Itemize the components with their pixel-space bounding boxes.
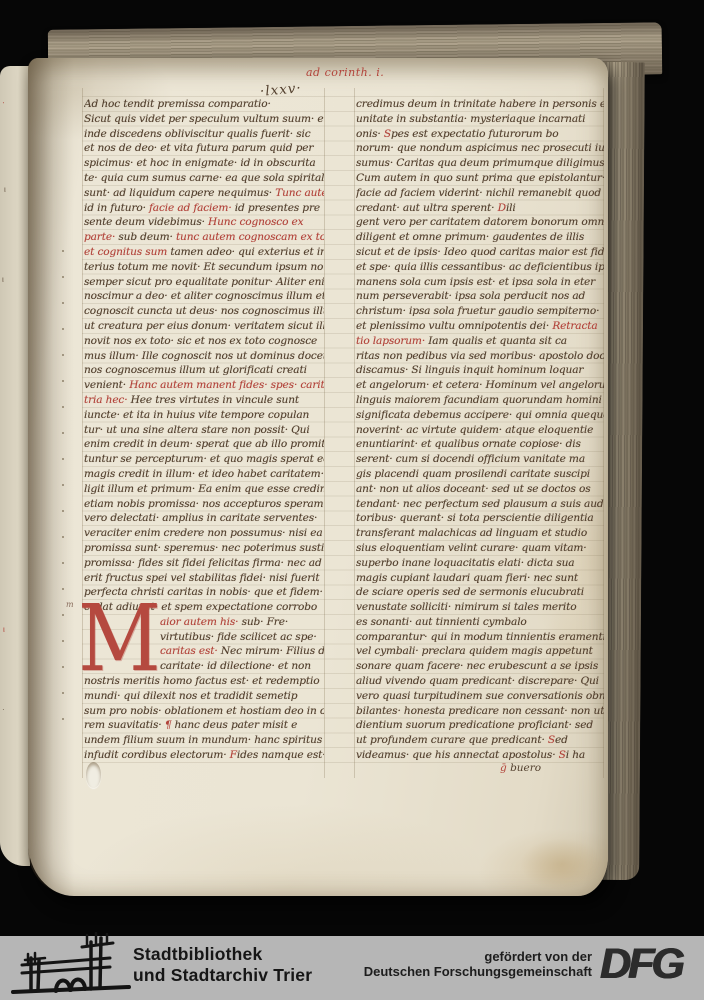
text-line: magis cupiant laudari quam fieri· nec su…	[356, 571, 604, 586]
text-line: bilantes· honesta predicare non cessant·…	[356, 704, 604, 719]
ink-text: promissa· fides sit fidei felicitas firm…	[84, 557, 322, 569]
text-line: noscimur a deo· et aliter cognoscimus il…	[84, 289, 324, 304]
ink-text: facie ad faciem viderint· nichil remaneb…	[356, 187, 601, 199]
ink-text: rem suavitatis·	[84, 719, 165, 731]
text-line: vero delectati· amplius in caritate serv…	[84, 511, 324, 526]
ink-text: hanc deus pater misit e	[175, 719, 298, 731]
ink-text: id in futuro·	[84, 202, 149, 214]
ink-text: sumus· Caritas qua deum primumque diligi…	[356, 157, 604, 169]
ink-text: sum pro nobis· oblationem et hostiam deo…	[84, 705, 324, 717]
text-line: et spe· quia illis cessantibus· ac defic…	[356, 260, 604, 275]
ink-text: noverint· ac virtute quidem· atque eloqu…	[356, 424, 593, 436]
text-line: gis placendi quam prosilendi caritate su…	[356, 467, 604, 482]
text-line: sunt· ad liquidum capere nequimus· Tunc …	[84, 186, 324, 201]
ink-text: manens sola cum ipsis est· et ipsa sola …	[356, 276, 595, 288]
ink-text: es sonanti· aut tinnienti cymbalo	[356, 616, 527, 628]
rubric-text: aior autem his·	[160, 616, 242, 628]
ink-text: significata debemus accipere· qui omnia …	[356, 409, 604, 421]
funding-line1: gefördert von der	[364, 949, 592, 964]
text-line: credant· aut ultra sperent· Dili	[356, 201, 604, 216]
ink-text: Iam qualis et quanta sit ca	[428, 335, 567, 347]
ink-text: sicut et de ipsis· Ideo quod caritas mai…	[356, 246, 604, 258]
text-line: diligent et omne primum· gaudentes de il…	[356, 230, 604, 245]
ink-text: superbo inane loquacitatis elati· dicta …	[356, 557, 574, 569]
text-line: id in futuro· facie ad faciem· id presen…	[84, 201, 324, 216]
text-line: videamus· que his annectat apostolus· Si…	[356, 748, 604, 763]
text-line: mus illum· Ille cognoscit nos ut dominus…	[84, 349, 324, 364]
ink-text: ut profundem curare que predicant·	[356, 734, 548, 746]
ink-text: unitate in substantia· mysteriaque incar…	[356, 113, 585, 125]
text-line: promissa· fides sit fidei felicitas firm…	[84, 556, 324, 571]
text-line: noverint· ac virtute quidem· atque eloqu…	[356, 423, 604, 438]
funding-line2: Deutschen Forschungsgemeinschaft	[364, 964, 592, 979]
text-line: magis credit in illum· et ideo habet car…	[84, 467, 324, 482]
text-line: spicimus· et hoc in enigmate· id in obsc…	[84, 156, 324, 171]
ink-text: sub· Fre·	[242, 616, 288, 628]
ink-text: venient·	[84, 379, 129, 391]
ink-text: cognoscit cuncta ut deus· nos cognoscimu…	[84, 305, 324, 317]
ink-text: etiam nobis promissa· nos accepturos spe…	[84, 498, 324, 510]
text-line: tendant· nec perfectum sed plausum a sui…	[356, 497, 604, 512]
text-line: norum· que nondum aspicimus nec prosecut…	[356, 141, 604, 156]
ink-text: magis credit in illum· et ideo habet car…	[84, 468, 324, 480]
ink-text: tendant· nec perfectum sed plausum a sui…	[356, 498, 604, 510]
text-line: novit nos ex toto· sic et nos ex toto co…	[84, 334, 324, 349]
text-line: onis· Spes est expectatio futurorum bo	[356, 127, 604, 142]
ink-text: ant· non ut alios doceant· sed ut se doc…	[356, 483, 591, 495]
ink-text: iuncte· et ita in huius vite tempore cop…	[84, 409, 309, 421]
text-line: enuntiarint· et qualibus ornate copiose·…	[356, 437, 604, 452]
ink-text: vel cymbali· preclara quidem magis appet…	[356, 645, 593, 657]
ink-text: et plenissimo vultu omnipotentis dei·	[356, 320, 552, 332]
screenshot-root: { "colors": { "background": "#060606", "…	[0, 0, 704, 1000]
text-line: linguis maiorem facundiam quorundam homi…	[356, 393, 604, 408]
parchment-stain	[520, 838, 604, 890]
ink-text: Nec mirum· Filius dei	[221, 645, 324, 657]
catchword-text: buero	[510, 762, 541, 774]
text-line: num perseverabit· ipsa sola perducit nos…	[356, 289, 604, 304]
ink-text: comparantur· qui in modum tinnientis era…	[356, 631, 604, 643]
show-through-mark: ι	[2, 276, 4, 284]
ink-text: aliud vivendo quam predicant· discrepare…	[356, 675, 599, 687]
text-line: superbo inane loquacitatis elati· dicta …	[356, 556, 604, 571]
text-line: transferant malachicas ad linguam et stu…	[356, 526, 604, 541]
ink-text: id presentes pre	[235, 202, 320, 214]
ink-text: christum· ipsa sola fruetur gaudio sempi…	[356, 305, 599, 317]
text-line: tur· ut una sine altera stare non possit…	[84, 423, 324, 438]
rubric-text: Retracta	[552, 320, 597, 332]
rubric-text: S	[548, 734, 555, 746]
text-line: gent vero per caritatem datorem bonorum …	[356, 215, 604, 230]
text-line: toribus· querant· si tota perscientie di…	[356, 511, 604, 526]
ink-text: sunt· ad liquidum capere nequimus·	[84, 187, 275, 199]
text-line: et angelorum· et cetera· Hominum vel ang…	[356, 378, 604, 393]
rubric-text: D	[498, 202, 506, 214]
text-line: nos cognoscemus illum ut glorificati cre…	[84, 363, 324, 378]
prick-marks	[62, 250, 64, 720]
ink-text: vero quasi turpitudinem sue conversation…	[356, 690, 604, 702]
rubric-text: tio lapsorum·	[356, 335, 428, 347]
ink-text: promissa sunt· speremus· nec poterimus s…	[84, 542, 324, 554]
library-name-line2: und Stadtarchiv Trier	[133, 965, 312, 986]
ink-text: ritas non pedibus via sed moribus· apost…	[356, 350, 604, 362]
ink-text: toribus· querant· si tota perscientie di…	[356, 512, 594, 524]
rubric-text: parte·	[84, 231, 118, 243]
text-column-right: credimus deum in trinitate habere in per…	[356, 97, 604, 763]
ink-text: transferant malachicas ad linguam et stu…	[356, 527, 587, 539]
text-line: ut creatura per eius donum· veritatem si…	[84, 319, 324, 334]
text-line: Cum autem in quo sunt prima que epistola…	[356, 171, 604, 186]
text-line: sente deum videbimus· Hunc cognosco ex	[84, 215, 324, 230]
text-line: christum· ipsa sola fruetur gaudio sempi…	[356, 304, 604, 319]
ink-text: enuntiarint· et qualibus ornate copiose·…	[356, 438, 581, 450]
text-line: tio lapsorum· Iam qualis et quanta sit c…	[356, 334, 604, 349]
text-line: etiam nobis promissa· nos accepturos spe…	[84, 497, 324, 512]
text-line: ut profundem curare que predicant· Sed	[356, 733, 604, 748]
text-line: sum pro nobis· oblationem et hostiam deo…	[84, 704, 324, 719]
ink-text: credant· aut ultra sperent·	[356, 202, 498, 214]
facing-page-edge: ᾿ ι ι ι ·	[0, 66, 30, 866]
text-line: rem suavitatis· ¶ hanc deus pater misit …	[84, 718, 324, 733]
ink-text: inde discedens obliviscitur qualis fueri…	[84, 128, 311, 140]
ink-text: tuntur se percepturum· et quo magis sper…	[84, 453, 324, 465]
text-line: serent· cum si docendi officium vanitate…	[356, 452, 604, 467]
rubric-text: ¶	[165, 719, 175, 731]
ink-text: mus illum· Ille cognoscit nos ut dominus…	[84, 350, 324, 362]
text-line: sicut et de ipsis· Ideo quod caritas mai…	[356, 245, 604, 260]
show-through-mark: ι	[3, 626, 5, 634]
ink-text: tur· ut una sine altera stare non possit…	[84, 424, 310, 436]
column-rule	[354, 88, 355, 778]
ink-text: et nos de deo· et vita futura parum quid…	[84, 142, 313, 154]
ink-text: novit nos ex toto· sic et nos ex toto co…	[84, 335, 317, 347]
text-line: venient· Hanc autem manent fides· spes· …	[84, 378, 324, 393]
ink-text: te· quia cum sumus carne· ea que sola sp…	[84, 172, 324, 184]
ink-text: tamen adeo· qui exterius et in	[170, 246, 324, 258]
text-line: aliud vivendo quam predicant· discrepare…	[356, 674, 604, 689]
rubric-text: Hunc cognosco ex	[208, 216, 303, 228]
funding-credit: gefördert von der Deutschen Forschungsge…	[364, 949, 592, 979]
ink-text: caritate· id dilectione· et non	[160, 660, 311, 672]
ink-text: sub deum·	[118, 231, 176, 243]
text-line: tuntur se percepturum· et quo magis sper…	[84, 452, 324, 467]
text-line: sonare quam facere· nec erubescunt a se …	[356, 659, 604, 674]
dfg-logo: DFG	[600, 940, 682, 989]
text-line: comparantur· qui in modum tinnientis era…	[356, 630, 604, 645]
ink-text: noscimur a deo· et aliter cognoscimus il…	[84, 290, 324, 302]
text-line: veraciter enim credere non possumus· nis…	[84, 526, 324, 541]
ink-text: sius eloquentiam velint curare· quam vit…	[356, 542, 586, 554]
ink-text: ides namque est· qua	[237, 749, 324, 761]
text-line: erit fructus spei vel stabilitas fidei· …	[84, 571, 324, 586]
library-name-line1: Stadtbibliothek	[133, 944, 312, 965]
rubric-text: S	[384, 128, 391, 140]
ink-text: spicimus· et hoc in enigmate· id in obsc…	[84, 157, 316, 169]
text-line: promissa sunt· speremus· nec poterimus s…	[84, 541, 324, 556]
show-through-mark: ι	[4, 186, 6, 194]
rubric-text: F	[230, 749, 237, 761]
rubric-text: Tunc autem	[275, 187, 324, 199]
catchword-mark: ḡ	[500, 762, 507, 774]
text-line: unitate in substantia· mysteriaque incar…	[356, 112, 604, 127]
ink-text: linguis maiorem facundiam quorundam homi…	[356, 394, 602, 406]
text-line: facie ad faciem viderint· nichil remaneb…	[356, 186, 604, 201]
text-line: Ad hoc tendit premissa comparatio·	[84, 97, 324, 112]
ink-text: sente deum videbimus·	[84, 216, 208, 228]
ink-text: infudit cordibus electorum·	[84, 749, 230, 761]
text-line: credimus deum in trinitate habere in per…	[356, 97, 604, 112]
text-line: sius eloquentiam velint curare· quam vit…	[356, 541, 604, 556]
ink-text: de sciare operis sed de sermonis elucubr…	[356, 586, 584, 598]
ink-text: dientium suorum predicatione proficiant·…	[356, 719, 593, 731]
rubric-text: tria hec·	[84, 394, 131, 406]
ink-text: semper sicut pro equalitate ponitur· Ali…	[84, 276, 324, 288]
ink-text: et spe· quia illis cessantibus· ac defic…	[356, 261, 604, 273]
text-line: discamus· Si linguis inquit hominum loqu…	[356, 363, 604, 378]
ink-text: terius totum me novit· Et secundum ipsum…	[84, 261, 324, 273]
text-line: cognoscit cuncta ut deus· nos cognoscimu…	[84, 304, 324, 319]
text-line: te· quia cum sumus carne· ea que sola sp…	[84, 171, 324, 186]
ink-text: ed	[555, 734, 568, 746]
gutter-shadow	[28, 58, 74, 896]
column-rule	[324, 88, 325, 778]
ink-text: serent· cum si docendi officium vanitate…	[356, 453, 585, 465]
ink-text: Sicut quis videt per speculum vultum suu…	[84, 113, 324, 125]
ink-text: ili	[506, 202, 516, 214]
ink-text: bilantes· honesta predicare non cessant·…	[356, 705, 604, 717]
rubric-text: Hanc autem manent fides· spes· caritas·	[129, 379, 324, 391]
ink-text: i ha	[566, 749, 585, 761]
ink-text: Ad hoc tendit premissa comparatio·	[84, 98, 271, 110]
ink-text: Cum autem in quo sunt prima que epistola…	[356, 172, 604, 184]
text-line: ritas non pedibus via sed moribus· apost…	[356, 349, 604, 364]
text-line: terius totum me novit· Et secundum ipsum…	[84, 260, 324, 275]
catchword: ḡ buero	[500, 762, 541, 774]
ink-text: norum· que nondum aspicimus nec prosecut…	[356, 142, 604, 154]
rubric-text: S	[559, 749, 566, 761]
ink-text: sonare quam facere· nec erubescunt a se …	[356, 660, 598, 672]
text-line: Sicut quis videt per speculum vultum suu…	[84, 112, 324, 127]
text-line: semper sicut pro equalitate ponitur· Ali…	[84, 275, 324, 290]
text-line: et plenissimo vultu omnipotentis dei· Re…	[356, 319, 604, 334]
rubric-text: et cognitus sum	[84, 246, 170, 258]
ink-text: enim credit in deum· sperat que ab illo …	[84, 438, 324, 450]
ink-text: et angelorum· et cetera· Hominum vel ang…	[356, 379, 604, 391]
ink-text: gis placendi quam prosilendi caritate su…	[356, 468, 590, 480]
ink-text: num perseverabit· ipsa sola perducit nos…	[356, 290, 585, 302]
decorated-initial-M: M	[78, 600, 161, 678]
ink-text: gent vero per caritatem datorem bonorum …	[356, 216, 604, 228]
ink-text: credimus deum in trinitate habere in per…	[356, 98, 604, 110]
ink-text: venustate solliciti· nimirum si tales me…	[356, 601, 576, 613]
rubric-text: facie ad faciem·	[149, 202, 235, 214]
text-line: significata debemus accipere· qui omnia …	[356, 408, 604, 423]
text-line: dientium suorum predicatione proficiant·…	[356, 718, 604, 733]
text-line: enim credit in deum· sperat que ab illo …	[84, 437, 324, 452]
rubric-text: caritas est·	[160, 645, 221, 657]
show-through-mark: ᾿	[2, 102, 5, 110]
text-line: vero quasi turpitudinem sue conversation…	[356, 689, 604, 704]
ink-text: ligit illum et primum· Ea enim que esse …	[84, 483, 324, 495]
porta-nigra-logo-icon	[10, 932, 132, 1000]
text-line: tria hec· Hee tres virtutes in vincule s…	[84, 393, 324, 408]
ink-text: nos cognoscemus illum ut glorificati cre…	[84, 364, 307, 376]
text-line: undem filium suum in mundum· hanc spirit…	[84, 733, 324, 748]
text-line: sumus· Caritas qua deum primumque diligi…	[356, 156, 604, 171]
text-line: ligit illum et primum· Ea enim que esse …	[84, 482, 324, 497]
text-line: vel cymbali· preclara quidem magis appet…	[356, 644, 604, 659]
ink-text: veraciter enim credere non possumus· nis…	[84, 527, 324, 539]
text-line: ant· non ut alios doceant· sed ut se doc…	[356, 482, 604, 497]
show-through-mark: ·	[2, 706, 5, 714]
ink-text: undem filium suum in mundum· hanc spirit…	[84, 734, 324, 746]
text-line: es sonanti· aut tinnienti cymbalo	[356, 615, 604, 630]
running-title: ad corinth. i.	[306, 66, 384, 79]
text-line: iuncte· et ita in huius vite tempore cop…	[84, 408, 324, 423]
ink-text: discamus· Si linguis inquit hominum loqu…	[356, 364, 583, 376]
text-line: manens sola cum ipsis est· et ipsa sola …	[356, 275, 604, 290]
ink-text: diligent et omne primum· gaudentes de il…	[356, 231, 584, 243]
text-line: et cognitus sum tamen adeo· qui exterius…	[84, 245, 324, 260]
ink-text: videamus· que his annectat apostolus·	[356, 749, 559, 761]
rubric-text: tunc autem cognoscam ex toto sicut	[176, 231, 324, 243]
text-line: de sciare operis sed de sermonis elucubr…	[356, 585, 604, 600]
text-line: et nos de deo· et vita futura parum quid…	[84, 141, 324, 156]
guide-letter: m	[66, 600, 74, 609]
ink-text: vero delectati· amplius in caritate serv…	[84, 512, 317, 524]
ink-text: Hee tres virtutes in vincule sunt	[131, 394, 299, 406]
library-name: Stadtbibliothek und Stadtarchiv Trier	[133, 944, 312, 986]
ink-text: magis cupiant laudari quam fieri· nec su…	[356, 572, 578, 584]
text-line: infudit cordibus electorum· Fides namque…	[84, 748, 324, 763]
ink-text: erit fructus spei vel stabilitas fidei· …	[84, 572, 320, 584]
ink-text: ut creatura per eius donum· veritatem si…	[84, 320, 324, 332]
footer-banner: Stadtbibliothek und Stadtarchiv Trier ge…	[0, 936, 704, 1000]
text-line: parte· sub deum· tunc autem cognoscam ex…	[84, 230, 324, 245]
ink-text: virtutibus· fide scilicet ac spe·	[160, 631, 317, 643]
text-line: inde discedens obliviscitur qualis fueri…	[84, 127, 324, 142]
ink-text: onis·	[356, 128, 384, 140]
ink-text: pes est expectatio futurorum bo	[391, 128, 558, 140]
text-line: venustate solliciti· nimirum si tales me…	[356, 600, 604, 615]
